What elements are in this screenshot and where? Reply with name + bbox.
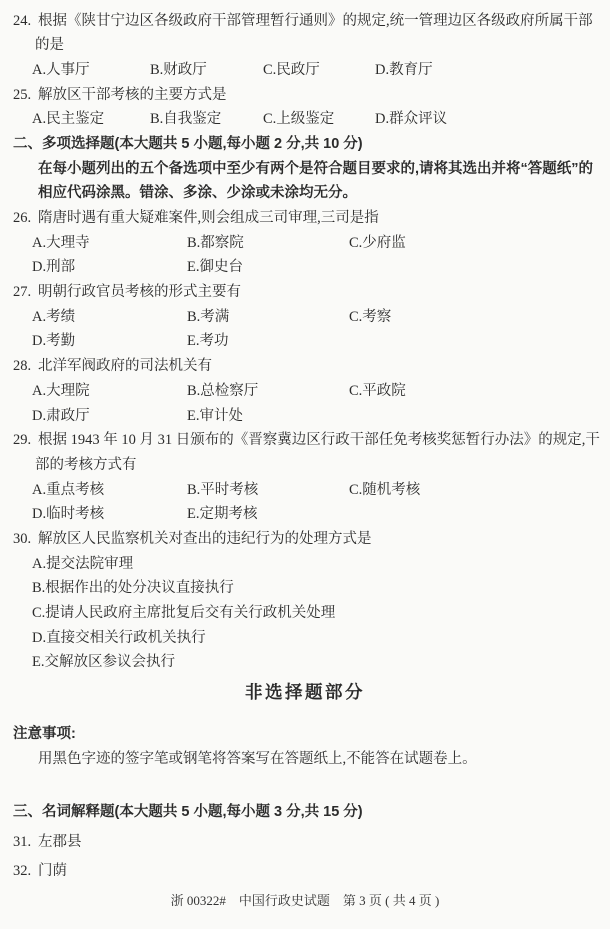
option-c: C.上级鉴定 xyxy=(263,107,375,132)
option-a: A.民主鉴定 xyxy=(32,107,150,132)
question-25: 25.解放区干部考核的主要方式是 xyxy=(0,83,610,108)
option-e: E.审计处 xyxy=(187,404,349,429)
question-24: 24.根据《陕甘宁边区各级政府干部管理暂行通则》的规定,统一管理边区各级政府所属… xyxy=(0,9,610,34)
question-25-text: 解放区干部考核的主要方式是 xyxy=(38,87,227,103)
option-a: A.大理寺 xyxy=(32,231,187,256)
option-c: C.考察 xyxy=(349,305,391,330)
question-28: 28.北洋军阀政府的司法机关有 xyxy=(0,354,610,379)
option-a: A.人事厅 xyxy=(32,58,150,83)
option-e: E.定期考核 xyxy=(187,502,349,527)
question-26: 26.隋唐时遇有重大疑难案件,则会组成三司审理,三司是指 xyxy=(0,206,610,231)
option-c: C.少府监 xyxy=(349,231,406,256)
question-24-options: A.人事厅B.财政厅C.民政厅D.教育厅 xyxy=(0,58,610,83)
option-b: B.财政厅 xyxy=(150,58,263,83)
notice-text: 用黑色字迹的签字笔或钢笔将答案写在答题纸上,不能答在试题卷上。 xyxy=(0,747,610,772)
question-30-option-b: B.根据作出的处分决议直接执行 xyxy=(0,576,610,601)
question-31-text: 左郡县 xyxy=(38,834,82,850)
question-27-number: 27. xyxy=(13,280,38,305)
page-footer: 浙 00322# 中国行政史试题 第 3 页 ( 共 4 页 ) xyxy=(0,891,610,911)
option-d: D.教育厅 xyxy=(375,58,433,83)
option-b: B.总检察厅 xyxy=(187,379,349,404)
question-29: 29.根据 1943 年 10 月 31 日颁布的《晋察冀边区行政干部任免考核奖… xyxy=(0,428,610,453)
question-28-number: 28. xyxy=(13,354,38,379)
question-28-text: 北洋军阀政府的司法机关有 xyxy=(38,358,212,374)
question-29-options-row-2: D.临时考核E.定期考核 xyxy=(0,502,610,527)
question-30-number: 30. xyxy=(13,527,38,552)
question-32-text: 门荫 xyxy=(38,863,67,879)
question-26-text: 隋唐时遇有重大疑难案件,则会组成三司审理,三司是指 xyxy=(38,210,379,226)
question-30-text: 解放区人民监察机关对查出的违纪行为的处理方式是 xyxy=(38,531,372,547)
question-31: 31.左郡县 xyxy=(0,830,610,855)
option-a: A.考绩 xyxy=(32,305,187,330)
non-choice-section-title: 非选择题部分 xyxy=(0,680,610,704)
option-e: E.御史台 xyxy=(187,255,349,280)
question-24-number: 24. xyxy=(13,9,38,34)
option-b: B.考满 xyxy=(187,305,349,330)
question-32: 32.门荫 xyxy=(0,859,610,884)
notice-label: 注意事项: xyxy=(0,722,610,747)
question-28-options-row-1: A.大理院B.总检察厅C.平政院 xyxy=(0,379,610,404)
question-24-text-cont: 的是 xyxy=(0,33,610,58)
question-32-number: 32. xyxy=(13,859,38,884)
option-a: A.重点考核 xyxy=(32,478,187,503)
question-30: 30.解放区人民监察机关对查出的违纪行为的处理方式是 xyxy=(0,527,610,552)
option-a: A.大理院 xyxy=(32,379,187,404)
option-b: B.平时考核 xyxy=(187,478,349,503)
option-c: C.随机考核 xyxy=(349,478,420,503)
option-e: E.考功 xyxy=(187,329,349,354)
question-28-options-row-2: D.肃政厅E.审计处 xyxy=(0,404,610,429)
question-30-option-d: D.直接交相关行政机关执行 xyxy=(0,626,610,651)
question-30-option-a: A.提交法院审理 xyxy=(0,552,610,577)
question-26-number: 26. xyxy=(13,206,38,231)
option-c: C.平政院 xyxy=(349,379,406,404)
option-d: D.群众评议 xyxy=(375,107,447,132)
question-29-text-cont: 部的考核方式有 xyxy=(0,453,610,478)
question-27-text: 明朝行政官员考核的形式主要有 xyxy=(38,284,241,300)
question-31-number: 31. xyxy=(13,830,38,855)
question-25-number: 25. xyxy=(13,83,38,108)
exam-content: 24.根据《陕甘宁边区各级政府干部管理暂行通则》的规定,统一管理边区各级政府所属… xyxy=(0,0,610,884)
question-30-option-c: C.提请人民政府主席批复后交有关行政机关处理 xyxy=(0,601,610,626)
question-30-option-e: E.交解放区参议会执行 xyxy=(0,650,610,675)
question-26-options-row-1: A.大理寺B.都察院C.少府监 xyxy=(0,231,610,256)
question-29-number: 29. xyxy=(13,428,38,453)
option-c: C.民政厅 xyxy=(263,58,375,83)
question-29-text: 根据 1943 年 10 月 31 日颁布的《晋察冀边区行政干部任免考核奖惩暂行… xyxy=(38,432,600,448)
section-3-heading: 三、名词解释题(本大题共 5 小题,每小题 3 分,共 15 分) xyxy=(0,800,610,825)
question-24-text: 根据《陕甘宁边区各级政府干部管理暂行通则》的规定,统一管理边区各级政府所属干部 xyxy=(38,13,593,29)
question-26-options-row-2: D.刑部E.御史台 xyxy=(0,255,610,280)
section-2-instruction-2: 相应代码涂黑。错涂、多涂、少涂或未涂均无分。 xyxy=(0,181,610,206)
question-27-options-row-1: A.考绩B.考满C.考察 xyxy=(0,305,610,330)
option-d: D.考勤 xyxy=(32,329,187,354)
exam-paper-page: 24.根据《陕甘宁边区各级政府干部管理暂行通则》的规定,统一管理边区各级政府所属… xyxy=(0,0,610,929)
option-b: B.自我鉴定 xyxy=(150,107,263,132)
question-25-options: A.民主鉴定B.自我鉴定C.上级鉴定D.群众评议 xyxy=(0,107,610,132)
option-b: B.都察院 xyxy=(187,231,349,256)
section-2-instruction-1: 在每小题列出的五个备选项中至少有两个是符合题目要求的,请将其选出并将“答题纸”的 xyxy=(0,157,610,182)
option-d: D.临时考核 xyxy=(32,502,187,527)
question-27-options-row-2: D.考勤E.考功 xyxy=(0,329,610,354)
option-d: D.刑部 xyxy=(32,255,187,280)
question-27: 27.明朝行政官员考核的形式主要有 xyxy=(0,280,610,305)
option-d: D.肃政厅 xyxy=(32,404,187,429)
question-29-options-row-1: A.重点考核B.平时考核C.随机考核 xyxy=(0,478,610,503)
section-2-heading: 二、多项选择题(本大题共 5 小题,每小题 2 分,共 10 分) xyxy=(0,132,610,157)
